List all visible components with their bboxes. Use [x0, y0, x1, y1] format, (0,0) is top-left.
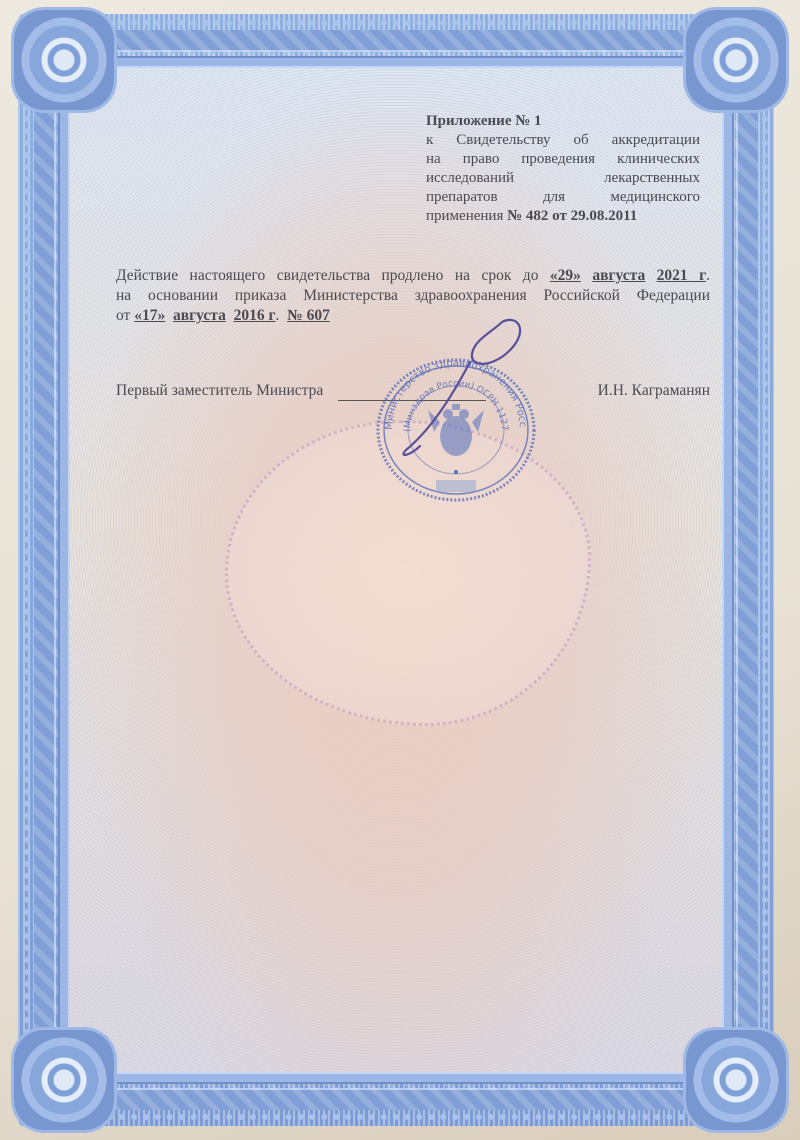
appendix-prefix: применения [426, 208, 507, 224]
until-year: 2021 г [657, 267, 706, 284]
extension-line-1: Действие настоящего свидетельства продле… [116, 266, 710, 286]
until-month: августа [592, 267, 645, 284]
signatory-role: Первый заместитель Министра [116, 382, 323, 400]
period: . [706, 267, 710, 284]
appendix-line: применения № 482 от 29.08.2011 [426, 207, 700, 226]
appendix-title: Приложение № 1 [426, 112, 700, 131]
order-separator: . [276, 307, 288, 324]
appendix-line: исследований лекарственных [426, 169, 700, 188]
order-month: августа [173, 307, 226, 324]
order-prefix: от [116, 307, 134, 324]
order-day: «17» [134, 307, 165, 324]
certificate-reference: № 482 от 29.08.2011 [507, 208, 637, 224]
document-content: Приложение № 1 к Свидетельству об аккред… [0, 0, 800, 1140]
appendix-header: Приложение № 1 к Свидетельству об аккред… [426, 112, 700, 226]
extension-line-2: на основании приказа Министерства здраво… [116, 286, 710, 306]
signatory-name: И.Н. Каграманян [598, 382, 710, 400]
handwritten-signature-icon [390, 310, 540, 480]
extension-text: Действие настоящего свидетельства продле… [116, 267, 550, 284]
order-number: № 607 [287, 307, 330, 324]
order-year: 2016 г [234, 307, 276, 324]
appendix-line: препаратов для медицинского [426, 188, 700, 207]
appendix-line: к Свидетельству об аккредитации [426, 131, 700, 150]
until-day: «29» [550, 267, 581, 284]
appendix-line: на право проведения клинических [426, 150, 700, 169]
